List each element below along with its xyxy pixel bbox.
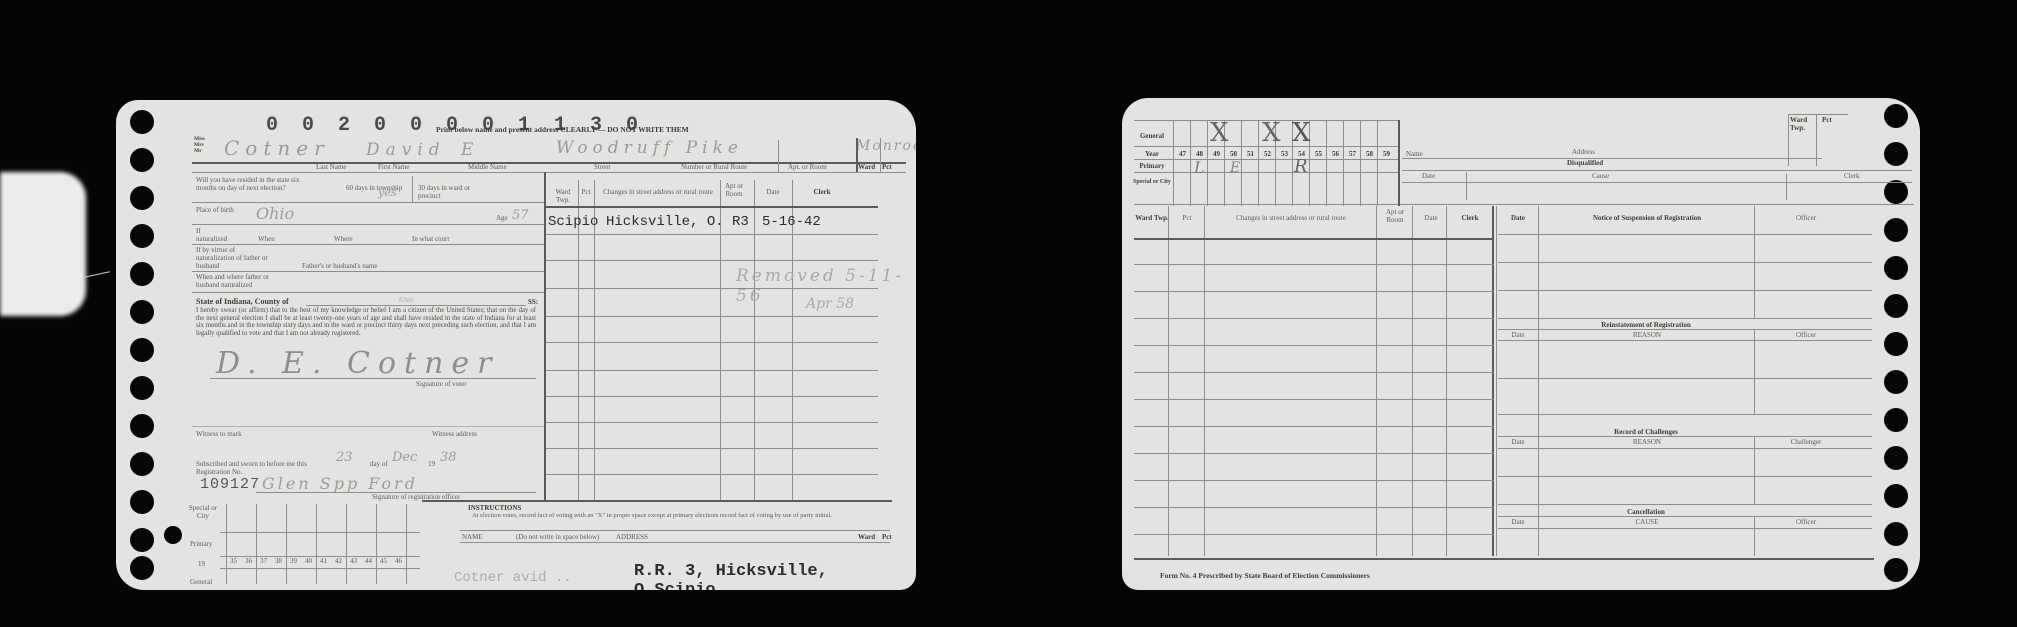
- naturalized-court-label: In what court: [412, 235, 449, 243]
- father-naturalized-label: When and where father or husband natural…: [196, 273, 274, 289]
- punch-hole: [1884, 370, 1908, 394]
- voter-signature: D. E. Cotner: [216, 346, 500, 381]
- residence-ward-question: 30 days in ward or precinct: [418, 184, 488, 200]
- reinstatement-title: Reinstatement of Registration: [1538, 321, 1754, 329]
- punch-hole: [130, 186, 154, 210]
- punch-hole: [1884, 446, 1908, 470]
- subscribed-day: 23: [336, 450, 353, 465]
- form-footer: Form No. 4 Prescribed by State Board of …: [1160, 572, 1370, 580]
- header-changes: Changes in street address or rural route: [1206, 214, 1376, 222]
- oath-state-county: State of Indiana, County of: [196, 298, 289, 306]
- general-mark-50: X: [1262, 118, 1281, 148]
- cancellation-title: Cancellation: [1538, 508, 1754, 516]
- header-apt: Apt or Room: [722, 182, 746, 198]
- header-date: Date: [1414, 214, 1448, 222]
- punch-hole: [1884, 218, 1908, 242]
- challenges-title: Record of Challenges: [1538, 428, 1754, 436]
- header-changes: Changes in street address or rural route: [596, 188, 720, 196]
- age-label: Age: [496, 214, 508, 222]
- primary-mark-54: R: [1294, 156, 1308, 177]
- challenges-reason-header: REASON: [1542, 438, 1752, 446]
- header-date: Date: [756, 188, 790, 196]
- punch-hole: [130, 490, 154, 514]
- label-ward: Ward: [858, 163, 875, 171]
- typed-name: Cotner avid ..: [454, 570, 572, 586]
- grid-label-year: Year: [1132, 150, 1172, 158]
- header-pct: Pct: [578, 188, 594, 196]
- label-last-name: Last Name: [316, 163, 347, 171]
- challenges-challenger-header: Challenger: [1756, 438, 1856, 446]
- transfer-ward-label: Ward Twp.: [1790, 116, 1810, 132]
- punch-hole: [130, 528, 154, 552]
- punch-hole: [130, 148, 154, 172]
- punch-hole: [130, 300, 154, 324]
- oath-ss: SS:: [528, 298, 538, 306]
- middle-name-value: E: [461, 140, 473, 160]
- punch-hole: [130, 110, 154, 134]
- disqualified-clerk-label: Clerk: [1844, 172, 1860, 180]
- strip-pct-label: Pct: [882, 533, 892, 541]
- grid-label-general: General: [1132, 132, 1172, 140]
- change-row-1-address: Hicksville, O. R3: [606, 214, 749, 230]
- punch-hole: [1884, 256, 1908, 280]
- reinstatement-reason-header: REASON: [1542, 331, 1752, 339]
- title-options: MissMrsMr: [194, 136, 210, 154]
- subscribed-text: Subscribed and sworn to before me this: [196, 460, 307, 468]
- header-clerk: Clerk: [796, 188, 848, 196]
- handwritten-date-note: Apr 58: [806, 296, 854, 312]
- residence-state-question: Will you have resided in the state six m…: [196, 176, 316, 192]
- disqualified-date-label: Date: [1422, 172, 1435, 180]
- typed-address: R.R. 3, Hicksville, O.Scipio: [634, 562, 916, 590]
- ward-value: Monroe: [856, 138, 916, 154]
- punch-hole: [1884, 104, 1908, 128]
- birth-value: Ohio: [256, 204, 294, 223]
- birth-label: Place of birth: [196, 206, 236, 214]
- punch-hole: [1884, 294, 1908, 318]
- label-middle-name: Middle Name: [468, 163, 507, 171]
- punch-hole: [1884, 558, 1908, 582]
- header-instruction: Print below name and present address CLE…: [436, 126, 689, 134]
- change-row-1-ward: Scipio: [548, 214, 598, 230]
- witness-mark-label: Witness to mark: [196, 430, 242, 438]
- grid-year-prefix: 19: [198, 560, 205, 568]
- grid-label-primary: Primary: [1132, 162, 1172, 170]
- primary-mark-50: E: [1230, 160, 1240, 176]
- punch-hole: [1884, 408, 1908, 432]
- suspension-date-header: Date: [1498, 214, 1538, 222]
- header-clerk: Clerk: [1448, 214, 1492, 222]
- label-pct: Pct: [882, 163, 892, 171]
- punch-hole: [164, 526, 182, 544]
- label-street: Street: [594, 163, 610, 171]
- suspension-notice-header: Notice of Suspension of Registration: [1542, 214, 1752, 222]
- transfer-name-label: Name: [1406, 150, 1423, 158]
- punch-hole: [130, 414, 154, 438]
- naturalized-when-label: When: [258, 235, 275, 243]
- punch-hole: [130, 556, 154, 580]
- grid-label-special: Special or City: [1132, 178, 1172, 186]
- disqualified-label: Disqualified: [1567, 159, 1603, 167]
- suspension-officer-header: Officer: [1756, 214, 1856, 222]
- scan-artifact: [0, 172, 86, 316]
- registration-card-front: 0 0 2 0 0 0 0 1 1 3 0 Print below name a…: [116, 100, 916, 590]
- header-pct: Pct: [1170, 214, 1204, 222]
- township-answer: yes: [378, 186, 396, 199]
- father-name-label: Father's or husband's name: [302, 262, 377, 270]
- punch-hole: [130, 452, 154, 476]
- cancellation-cause-header: CAUSE: [1542, 518, 1752, 526]
- first-name-value: David: [366, 140, 446, 160]
- grid-label-special: Special or City: [188, 504, 218, 520]
- label-apt: Apt. or Room: [788, 163, 827, 171]
- change-row-1-date: 5-16-42: [762, 214, 821, 230]
- grid-label-general: General: [190, 578, 212, 586]
- subscribed-year: 38: [440, 450, 457, 465]
- general-mark-54: X: [1292, 118, 1311, 148]
- reinstatement-officer-header: Officer: [1756, 331, 1856, 339]
- header-ward-twp: Ward Twp.: [1134, 214, 1170, 222]
- strip-name-label: NAME: [462, 533, 483, 541]
- primary-mark-48: L: [1194, 158, 1205, 177]
- reinstatement-date-header: Date: [1498, 331, 1538, 339]
- subscribed-month: Dec: [392, 450, 417, 465]
- registration-officer-signature: Glen Spp Ford: [262, 474, 418, 493]
- punch-hole: [1884, 522, 1908, 546]
- instructions-text: At election votes, record fact of voting…: [472, 512, 892, 520]
- punch-hole: [130, 338, 154, 362]
- strip-note: (Do not write in space below): [516, 533, 599, 541]
- registration-card-back: General Year Primary Special or City 47 …: [1122, 98, 1920, 590]
- punch-hole: [130, 262, 154, 286]
- label-number: Number or Rural Route: [681, 163, 747, 171]
- signature-label: Signature of voter: [416, 380, 467, 388]
- grid-label-primary: Primary: [190, 540, 213, 548]
- strip-ward-label: Ward: [858, 533, 875, 541]
- instructions-title: INSTRUCTIONS: [468, 504, 521, 512]
- cancellation-date-header: Date: [1498, 518, 1538, 526]
- age-value: 57: [512, 208, 529, 223]
- year-label: 19: [428, 460, 435, 468]
- general-mark-49: X: [1210, 118, 1229, 148]
- punch-hole: [1884, 142, 1908, 166]
- day-of-label: day of: [370, 460, 388, 468]
- scan-scratch: [84, 271, 110, 277]
- punch-hole: [130, 376, 154, 400]
- street-value: Woodruff Pike: [556, 138, 743, 158]
- county-value: Allen: [398, 296, 414, 304]
- punch-hole: [130, 224, 154, 248]
- challenges-date-header: Date: [1498, 438, 1538, 446]
- header-apt: Apt or Room: [1378, 208, 1412, 224]
- registration-number: 109127: [200, 476, 260, 493]
- oath-text: I hereby swear (or affirm) that to the b…: [196, 307, 536, 337]
- strip-address-label: ADDRESS: [616, 533, 648, 541]
- last-name-value: Cotner: [224, 136, 330, 160]
- punch-hole: [1884, 180, 1908, 204]
- witness-address-label: Witness address: [432, 430, 477, 438]
- cancellation-officer-header: Officer: [1756, 518, 1856, 526]
- naturalized-where-label: Where: [334, 235, 353, 243]
- residence-township-question: 60 days in township: [346, 184, 406, 192]
- header-ward-twp: Ward Twp.: [548, 188, 578, 204]
- punch-hole: [1884, 484, 1908, 508]
- transfer-pct-label: Pct: [1822, 116, 1832, 124]
- naturalized-label: If naturalized: [196, 227, 232, 243]
- disqualified-cause-label: Cause: [1592, 172, 1609, 180]
- registration-no-label: Registration No.: [196, 468, 242, 476]
- label-first-name: First Name: [378, 163, 409, 171]
- transfer-address-label: Address: [1572, 148, 1595, 156]
- by-virtue-label: If by virtue of naturalization of father…: [196, 246, 270, 270]
- punch-hole: [1884, 332, 1908, 356]
